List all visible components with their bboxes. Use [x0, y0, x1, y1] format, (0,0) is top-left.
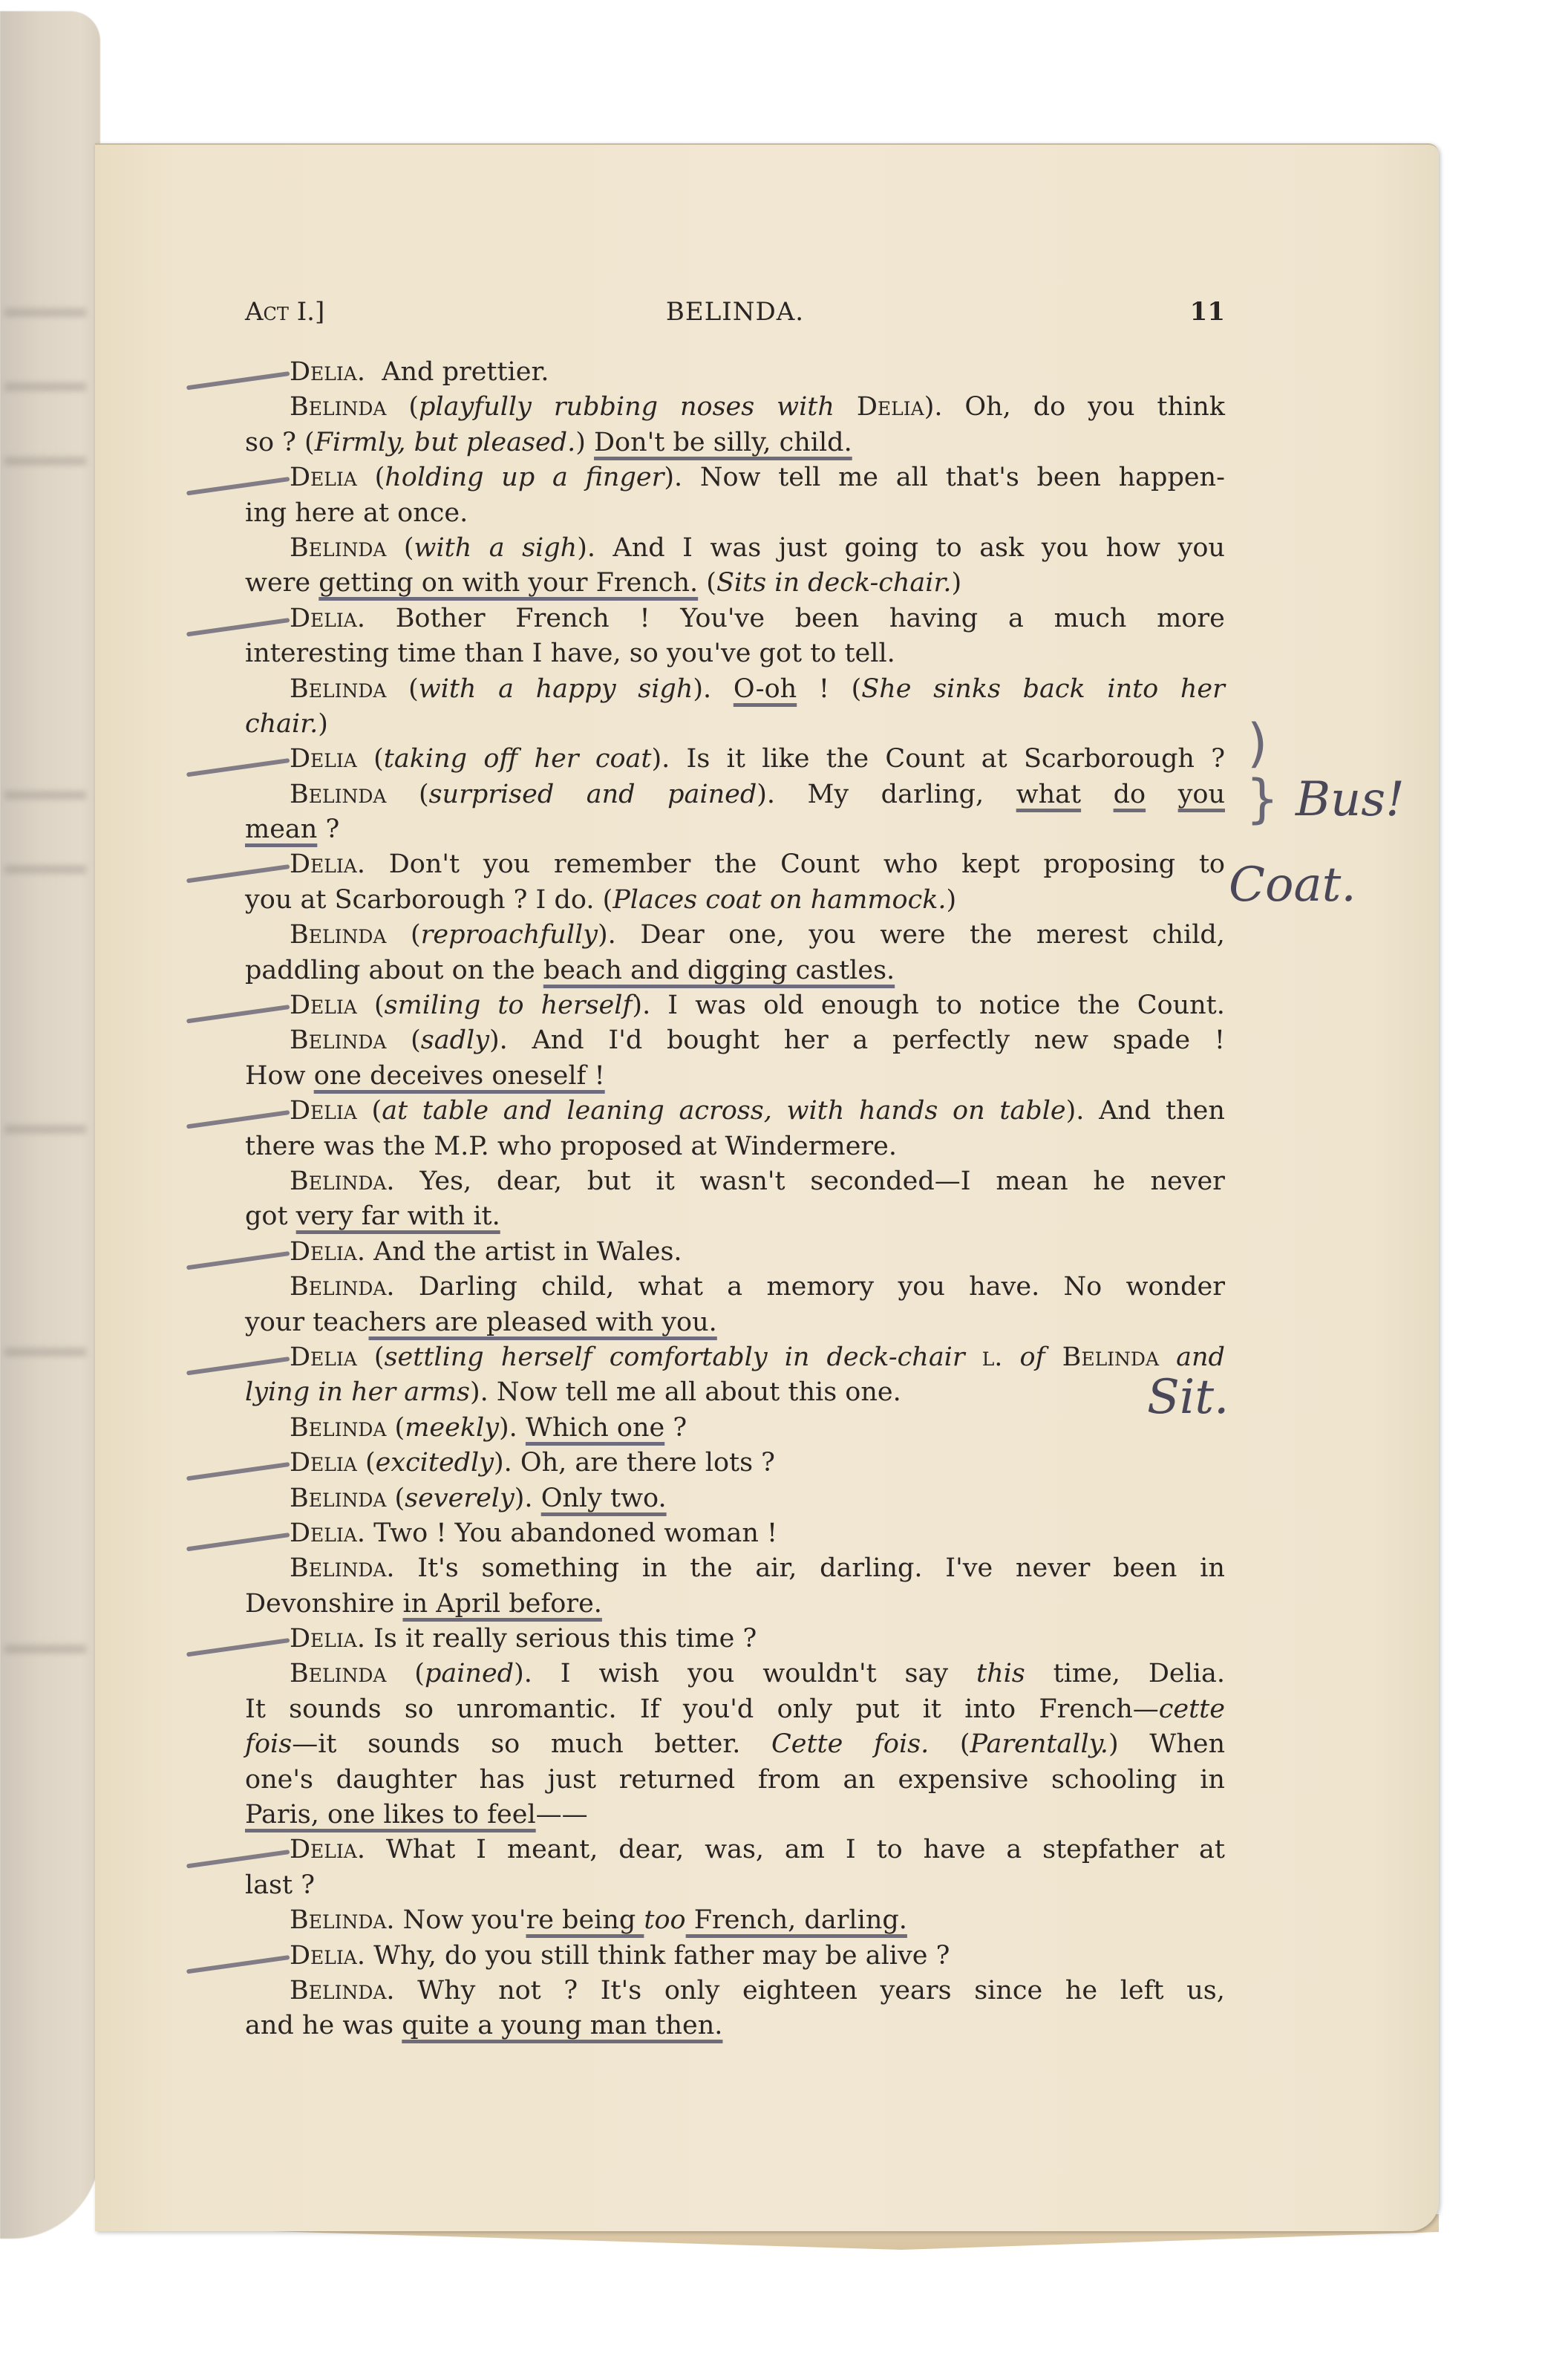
word: pained). [667, 777, 775, 812]
word: the [714, 847, 757, 882]
word: years [881, 1974, 952, 2008]
margin-brace-mark: ) [1247, 713, 1267, 774]
word: Delia. [1149, 1657, 1225, 1691]
text-line: ing here at once. [245, 496, 1225, 531]
word: me [838, 460, 878, 495]
word: Belinda [290, 777, 386, 812]
word: bought [667, 1023, 759, 1058]
word: My [808, 777, 849, 812]
text-run: French, darling. [686, 1903, 907, 1938]
text-line: Belinda (severely). Only two. [245, 1481, 1225, 1516]
text-line: interesting time than I have, so you've … [245, 636, 1225, 671]
text-line: Belinda.Whynot?It'sonlyeighteenyearssinc… [245, 1974, 1225, 2008]
word: her [784, 1023, 829, 1058]
word: Belinda [290, 390, 386, 425]
text-run: so ? ( [245, 425, 315, 460]
word: say [905, 1657, 949, 1691]
word: meant, [507, 1832, 598, 1867]
word: do [1033, 390, 1065, 425]
word: It's [601, 1974, 641, 2008]
handwritten-note: Coat. [1229, 858, 1356, 913]
word: sounds [289, 1692, 381, 1727]
word: I've [945, 1551, 993, 1586]
word: off [483, 742, 517, 777]
word: with [787, 1094, 845, 1129]
text-line: Delia. Why, do you still think father ma… [245, 1939, 1225, 1974]
word: noses [680, 390, 754, 425]
text-run: ). Oh, are there lots ? [494, 1446, 775, 1481]
word: (at [372, 1094, 408, 1129]
word: Yes, [419, 1164, 471, 1199]
text-run: mean [245, 812, 317, 847]
text-run: ). [514, 1481, 541, 1516]
word: ! [639, 601, 650, 636]
text-line: and he was quite a young man then. [245, 2008, 1225, 2043]
word: he [1093, 1164, 1125, 1199]
word: wouldn't [762, 1657, 876, 1691]
word: l. [982, 1340, 1003, 1375]
text-run: ) [318, 707, 328, 742]
word: a [1008, 601, 1024, 636]
text-run: getting on with your French. [318, 566, 698, 601]
text-line: Belinda. Now you're being too French, da… [245, 1903, 1225, 1938]
word: into [964, 1692, 1016, 1727]
text-run: hers are pleased with you. [369, 1305, 717, 1340]
word: Belinda [290, 918, 386, 953]
word: new [1034, 1023, 1088, 1058]
word: (settling [374, 1340, 484, 1375]
word: When [1149, 1727, 1225, 1762]
word: an [843, 1763, 875, 1798]
text-run: Firmly, but pleased. [315, 425, 576, 460]
text-run: excitedly [376, 1446, 494, 1481]
word: unromantic. [457, 1692, 616, 1727]
word: been [1037, 460, 1101, 495]
word: (smiling [374, 988, 480, 1023]
word: darling. [820, 1551, 922, 1586]
word: ? [563, 1974, 578, 2008]
word: (Parentally.) [960, 1727, 1119, 1762]
word: what [638, 1270, 703, 1305]
text-line: Delia (excitedly). Oh, are there lots ? [245, 1446, 1225, 1481]
word: I [561, 1657, 571, 1691]
word: (She [852, 672, 912, 707]
text-run: chair. [245, 707, 318, 742]
word: ask [979, 531, 1024, 566]
text-run: How [245, 1059, 314, 1094]
word: eighteen [742, 1974, 857, 2008]
text-run: ). [499, 1411, 526, 1446]
word: No [1064, 1270, 1102, 1305]
word: Count [885, 742, 964, 777]
text-run: ( [386, 1481, 405, 1516]
word: Why [417, 1974, 475, 2008]
text-line: Delia(holdingupafinger).Nowtellmeallthat… [245, 460, 1225, 495]
text-run: ( [698, 566, 716, 601]
word: to [497, 988, 523, 1023]
word: something [481, 1551, 619, 1586]
word: you [1178, 531, 1225, 566]
text-run: Belinda [290, 1411, 386, 1446]
word: not [498, 1974, 541, 2008]
text-line: Delia.Don'tyouremembertheCountwhokeptpro… [245, 847, 1225, 882]
text-run: ing here at once. [245, 496, 468, 531]
word: so [405, 1692, 434, 1727]
text-run: Belinda [290, 1481, 386, 1516]
text-line: Belinda.Yes,dear,butitwasn'tseconded—Ime… [245, 1164, 1225, 1199]
text-line: Belinda (meekly). Which one ? [245, 1411, 1225, 1446]
word: perfectly [892, 1023, 1010, 1058]
text-run: Is it really serious this time ? [365, 1622, 757, 1657]
word: (surprised [419, 777, 554, 812]
word: been [1113, 1551, 1177, 1586]
word: a [552, 460, 568, 495]
script-body: Delia. And prettier.Belinda(playfullyrub… [245, 355, 1225, 2044]
running-header: Act I.] BELINDA. 11 [245, 297, 1225, 334]
word: darling, [881, 777, 984, 812]
word: it [656, 1164, 675, 1199]
word: Delia [290, 742, 357, 777]
word: what [1016, 777, 1081, 812]
text-run: Which one [526, 1411, 664, 1446]
word: notice [979, 988, 1060, 1023]
word: table [422, 1094, 489, 1129]
text-run: ( [386, 1411, 405, 1446]
word: to [936, 988, 962, 1023]
word: dear, [618, 1832, 684, 1867]
word: spade [1113, 1023, 1190, 1058]
word: (sadly). [411, 1023, 508, 1058]
word: sigh). [522, 531, 595, 566]
word: you [483, 847, 530, 882]
word: deck-chair [827, 1340, 965, 1375]
word: (with [408, 672, 476, 707]
word: but [587, 1164, 631, 1199]
word: Delia [290, 988, 357, 1023]
text-run: ) [947, 883, 957, 918]
word: seconded—I [810, 1164, 970, 1199]
word: Belinda. [290, 1164, 395, 1199]
word: Belinda [290, 672, 386, 707]
word: on [953, 1094, 985, 1129]
word: a [489, 531, 505, 566]
word: Now [700, 460, 761, 495]
word: time, [1053, 1657, 1120, 1691]
word: to [877, 1832, 903, 1867]
text-run: Delia. [290, 1939, 365, 1974]
text-run: Devonshire [245, 1587, 402, 1622]
word: wish [598, 1657, 659, 1691]
word: Bother [396, 601, 486, 636]
word: I [846, 1832, 856, 1867]
word: Scarborough [1024, 742, 1195, 777]
word: one's [245, 1763, 313, 1798]
text-line: last ? [245, 1868, 1225, 1903]
word: has [480, 1763, 525, 1798]
word: just [548, 1763, 596, 1798]
text-line: Belinda.It'ssomethingintheair,darling.I'… [245, 1551, 1225, 1586]
text-line: Belinda(reproachfully).Dearone,youwereth… [245, 918, 1225, 953]
word: Count. [1137, 988, 1225, 1023]
text-run: last ? [245, 1868, 315, 1903]
text-run: Only two. [541, 1481, 667, 1516]
word: you [687, 1657, 734, 1691]
text-line: Delia(attableandleaningacross,withhandso… [245, 1094, 1225, 1129]
word: stepfather [1042, 1832, 1178, 1867]
word: more [1157, 601, 1225, 636]
word: he [1065, 1974, 1097, 2008]
word: table). [999, 1094, 1084, 1129]
word: sigh). [638, 672, 711, 707]
text-line: Belinda(playfullyrubbingnoseswithDelia).… [245, 390, 1225, 425]
word: from [758, 1763, 820, 1798]
text-line: your teachers are pleased with you. [245, 1305, 1225, 1340]
word: been [795, 601, 859, 636]
word: at [981, 742, 1007, 777]
word: that's [946, 460, 1019, 495]
word: Don't [389, 847, 460, 882]
word: I [682, 531, 693, 566]
word: old [763, 988, 804, 1023]
word: you [898, 1270, 944, 1305]
word: memory [766, 1270, 874, 1305]
text-run: ? [664, 1411, 687, 1446]
word: you [808, 918, 855, 953]
word: have [924, 1832, 986, 1867]
word: with [777, 390, 834, 425]
text-run: too [644, 1903, 685, 1938]
word: and [503, 1094, 552, 1129]
text-line: so ? (Firmly, but pleased.) Don't be sil… [245, 425, 1225, 460]
word: you [1042, 531, 1088, 566]
word: ! [1215, 1023, 1225, 1058]
word: was [710, 531, 761, 566]
text-line: Belinda(withasigh).AndIwasjustgoingtoask… [245, 531, 1225, 566]
word: remember [554, 847, 690, 882]
word: you [1178, 777, 1225, 812]
text-run: your teac [245, 1305, 369, 1340]
text-line: Delia(settlingherselfcomfortablyindeck-c… [245, 1340, 1225, 1375]
text-run: Belinda. [290, 1903, 395, 1938]
text-run: And the artist in Wales. [365, 1235, 682, 1270]
text-line: got very far with it. [245, 1199, 1225, 1234]
word: child, [1152, 918, 1225, 953]
word: Belinda. [290, 1551, 395, 1586]
word: Delia). [857, 390, 943, 425]
text-run: beach and digging castles. [543, 953, 895, 988]
word: O-oh [734, 672, 797, 707]
word: I [476, 1832, 486, 1867]
word: you'd [683, 1692, 754, 1727]
facing-page-curl [0, 11, 100, 2239]
text-line: chair.) [245, 707, 1225, 742]
word: Belinda. [290, 1270, 395, 1305]
word: Belinda. [290, 1974, 395, 2008]
word: Delia. [290, 1832, 365, 1867]
text-run: re being [526, 1903, 644, 1938]
word: Belinda [290, 1657, 386, 1691]
word: were [880, 918, 945, 953]
word: And [1099, 1094, 1151, 1129]
word: hands [859, 1094, 938, 1129]
word: tell [778, 460, 820, 495]
word: (pained). [414, 1657, 532, 1691]
word: Delia. [290, 601, 365, 636]
word: one, [728, 918, 784, 953]
word: it [727, 742, 745, 777]
word: who [883, 847, 938, 882]
play-title: BELINDA. [245, 297, 1225, 327]
text-run: Delia. [290, 355, 365, 390]
text-line: paddling about on the beach and digging … [245, 953, 1225, 988]
word: in [642, 1551, 667, 1586]
word: rubbing [554, 390, 658, 425]
word: proposing [1043, 847, 1175, 882]
word: all [896, 460, 928, 495]
word: leaning [566, 1094, 664, 1129]
text-run: got [245, 1199, 296, 1234]
word: daughter [336, 1763, 457, 1798]
text-run: ) [952, 566, 962, 601]
word: at [1199, 1832, 1225, 1867]
word: ? [1211, 742, 1225, 777]
word: the [970, 918, 1012, 953]
word: think [1157, 390, 1225, 425]
text-run: one deceives oneself ! [314, 1059, 605, 1094]
word: a [1006, 1832, 1022, 1867]
word: only [664, 1974, 720, 2008]
word: Delia. [290, 847, 365, 882]
text-run: And prettier. [365, 355, 549, 390]
text-line: Belinda(pained).Iwishyouwouldn'tsaythist… [245, 1657, 1225, 1691]
word: wasn't [700, 1164, 785, 1199]
word: just [779, 531, 827, 566]
text-line: How one deceives oneself ! [245, 1059, 1225, 1094]
word: to [1199, 847, 1225, 882]
word: and [587, 777, 636, 812]
word: Belinda [1062, 1340, 1159, 1375]
word: herself). [541, 988, 651, 1023]
word: left [1120, 1974, 1164, 2008]
text-run: meekly [405, 1411, 499, 1446]
text-line: mean ? [245, 812, 1225, 847]
word: It [245, 1692, 266, 1727]
word: French—cette [1039, 1692, 1225, 1727]
text-run: Places coat on hammock. [612, 883, 946, 918]
text-run: quite a young man then. [402, 2008, 722, 2043]
word: like [762, 742, 809, 777]
word: us, [1186, 1974, 1225, 2008]
word: so [491, 1727, 520, 1762]
word: much [551, 1727, 624, 1762]
word: merest [1036, 918, 1128, 953]
word: sinks [933, 672, 1001, 707]
word: It's [417, 1551, 458, 1586]
word: Dear [640, 918, 704, 953]
word: dear, [497, 1164, 562, 1199]
word: And [612, 531, 664, 566]
word: fois. [874, 1727, 929, 1762]
word: in [1200, 1763, 1225, 1798]
text-line: Belinda(surprisedandpained).Mydarling,wh… [245, 777, 1225, 812]
word: comfortably [610, 1340, 768, 1375]
text-line: Itsoundssounromantic.Ifyou'donlyputitint… [245, 1692, 1225, 1727]
text-line: Delia.WhatImeant,dear,was,amItohaveastep… [245, 1832, 1225, 1867]
word: in [1200, 1551, 1225, 1586]
word: better. [654, 1727, 740, 1762]
word: You've [680, 601, 765, 636]
word: going [845, 531, 919, 566]
word: (with [404, 531, 471, 566]
word: fois—it [245, 1727, 336, 1762]
word: I [667, 988, 678, 1023]
word: Delia [290, 460, 357, 495]
word: Delia [290, 1340, 357, 1375]
word: her [535, 742, 579, 777]
text-run: in April before. [402, 1587, 602, 1622]
text-line: Delia(takingoffhercoat).IsitliketheCount… [245, 742, 1225, 777]
word: (playfully [408, 390, 532, 425]
text-run: interesting time than I have, so you've … [245, 636, 895, 671]
handwritten-note: Bus! [1296, 772, 1405, 827]
word: ! [819, 672, 829, 707]
text-line: Delia. And the artist in Wales. [245, 1235, 1225, 1270]
word: (reproachfully). [411, 918, 616, 953]
word: am [785, 1832, 825, 1867]
word: do [1114, 777, 1146, 812]
text-run: very far with it. [296, 1199, 500, 1234]
word: since [974, 1974, 1042, 2008]
word: the [690, 1551, 732, 1586]
word: returned [619, 1763, 735, 1798]
word: to [936, 531, 962, 566]
text-line: you at Scarborough ? I do. (Places coat … [245, 883, 1225, 918]
text-line: Devonshire in April before. [245, 1587, 1225, 1622]
word: up [501, 460, 535, 495]
word: schooling [1051, 1763, 1177, 1798]
text-line: fois—itsoundssomuchbetter.Cettefois.(Par… [245, 1727, 1225, 1762]
word: was [695, 988, 746, 1023]
word: was, [705, 1832, 764, 1867]
margin-brace-mark: } [1246, 768, 1279, 829]
word: (holding [375, 460, 484, 495]
word: I'd [608, 1023, 642, 1058]
handwritten-note: Sit. [1147, 1370, 1229, 1425]
text-line: Delia(smilingtoherself).Iwasoldenoughton… [245, 988, 1225, 1023]
word: never [1150, 1164, 1224, 1199]
text-run: ) [575, 425, 594, 460]
word: Belinda [290, 531, 386, 566]
text-line: one'sdaughterhasjustreturnedfromanexpens… [245, 1763, 1225, 1798]
text-run: there was the M.P. who proposed at Winde… [245, 1129, 897, 1164]
word: into [1107, 672, 1158, 707]
text-run: Sits in deck-chair. [716, 566, 952, 601]
word: coat). [595, 742, 670, 777]
word: enough [821, 988, 919, 1023]
text-run: Why, do you still think father may be al… [365, 1939, 950, 1974]
word: And [532, 1023, 584, 1058]
text-run: paddling about on the [245, 953, 543, 988]
word: What [386, 1832, 455, 1867]
word: have. [969, 1270, 1039, 1305]
word: in [785, 1340, 810, 1375]
word: Is [687, 742, 710, 777]
text-run: Delia [290, 1446, 357, 1481]
text-run: Don't be silly, child. [594, 425, 852, 460]
word: a [727, 1270, 742, 1305]
text-line: Delia. And prettier. [245, 355, 1225, 390]
text-line: Belinda(withahappysigh).O-oh!(Shesinksba… [245, 672, 1225, 707]
